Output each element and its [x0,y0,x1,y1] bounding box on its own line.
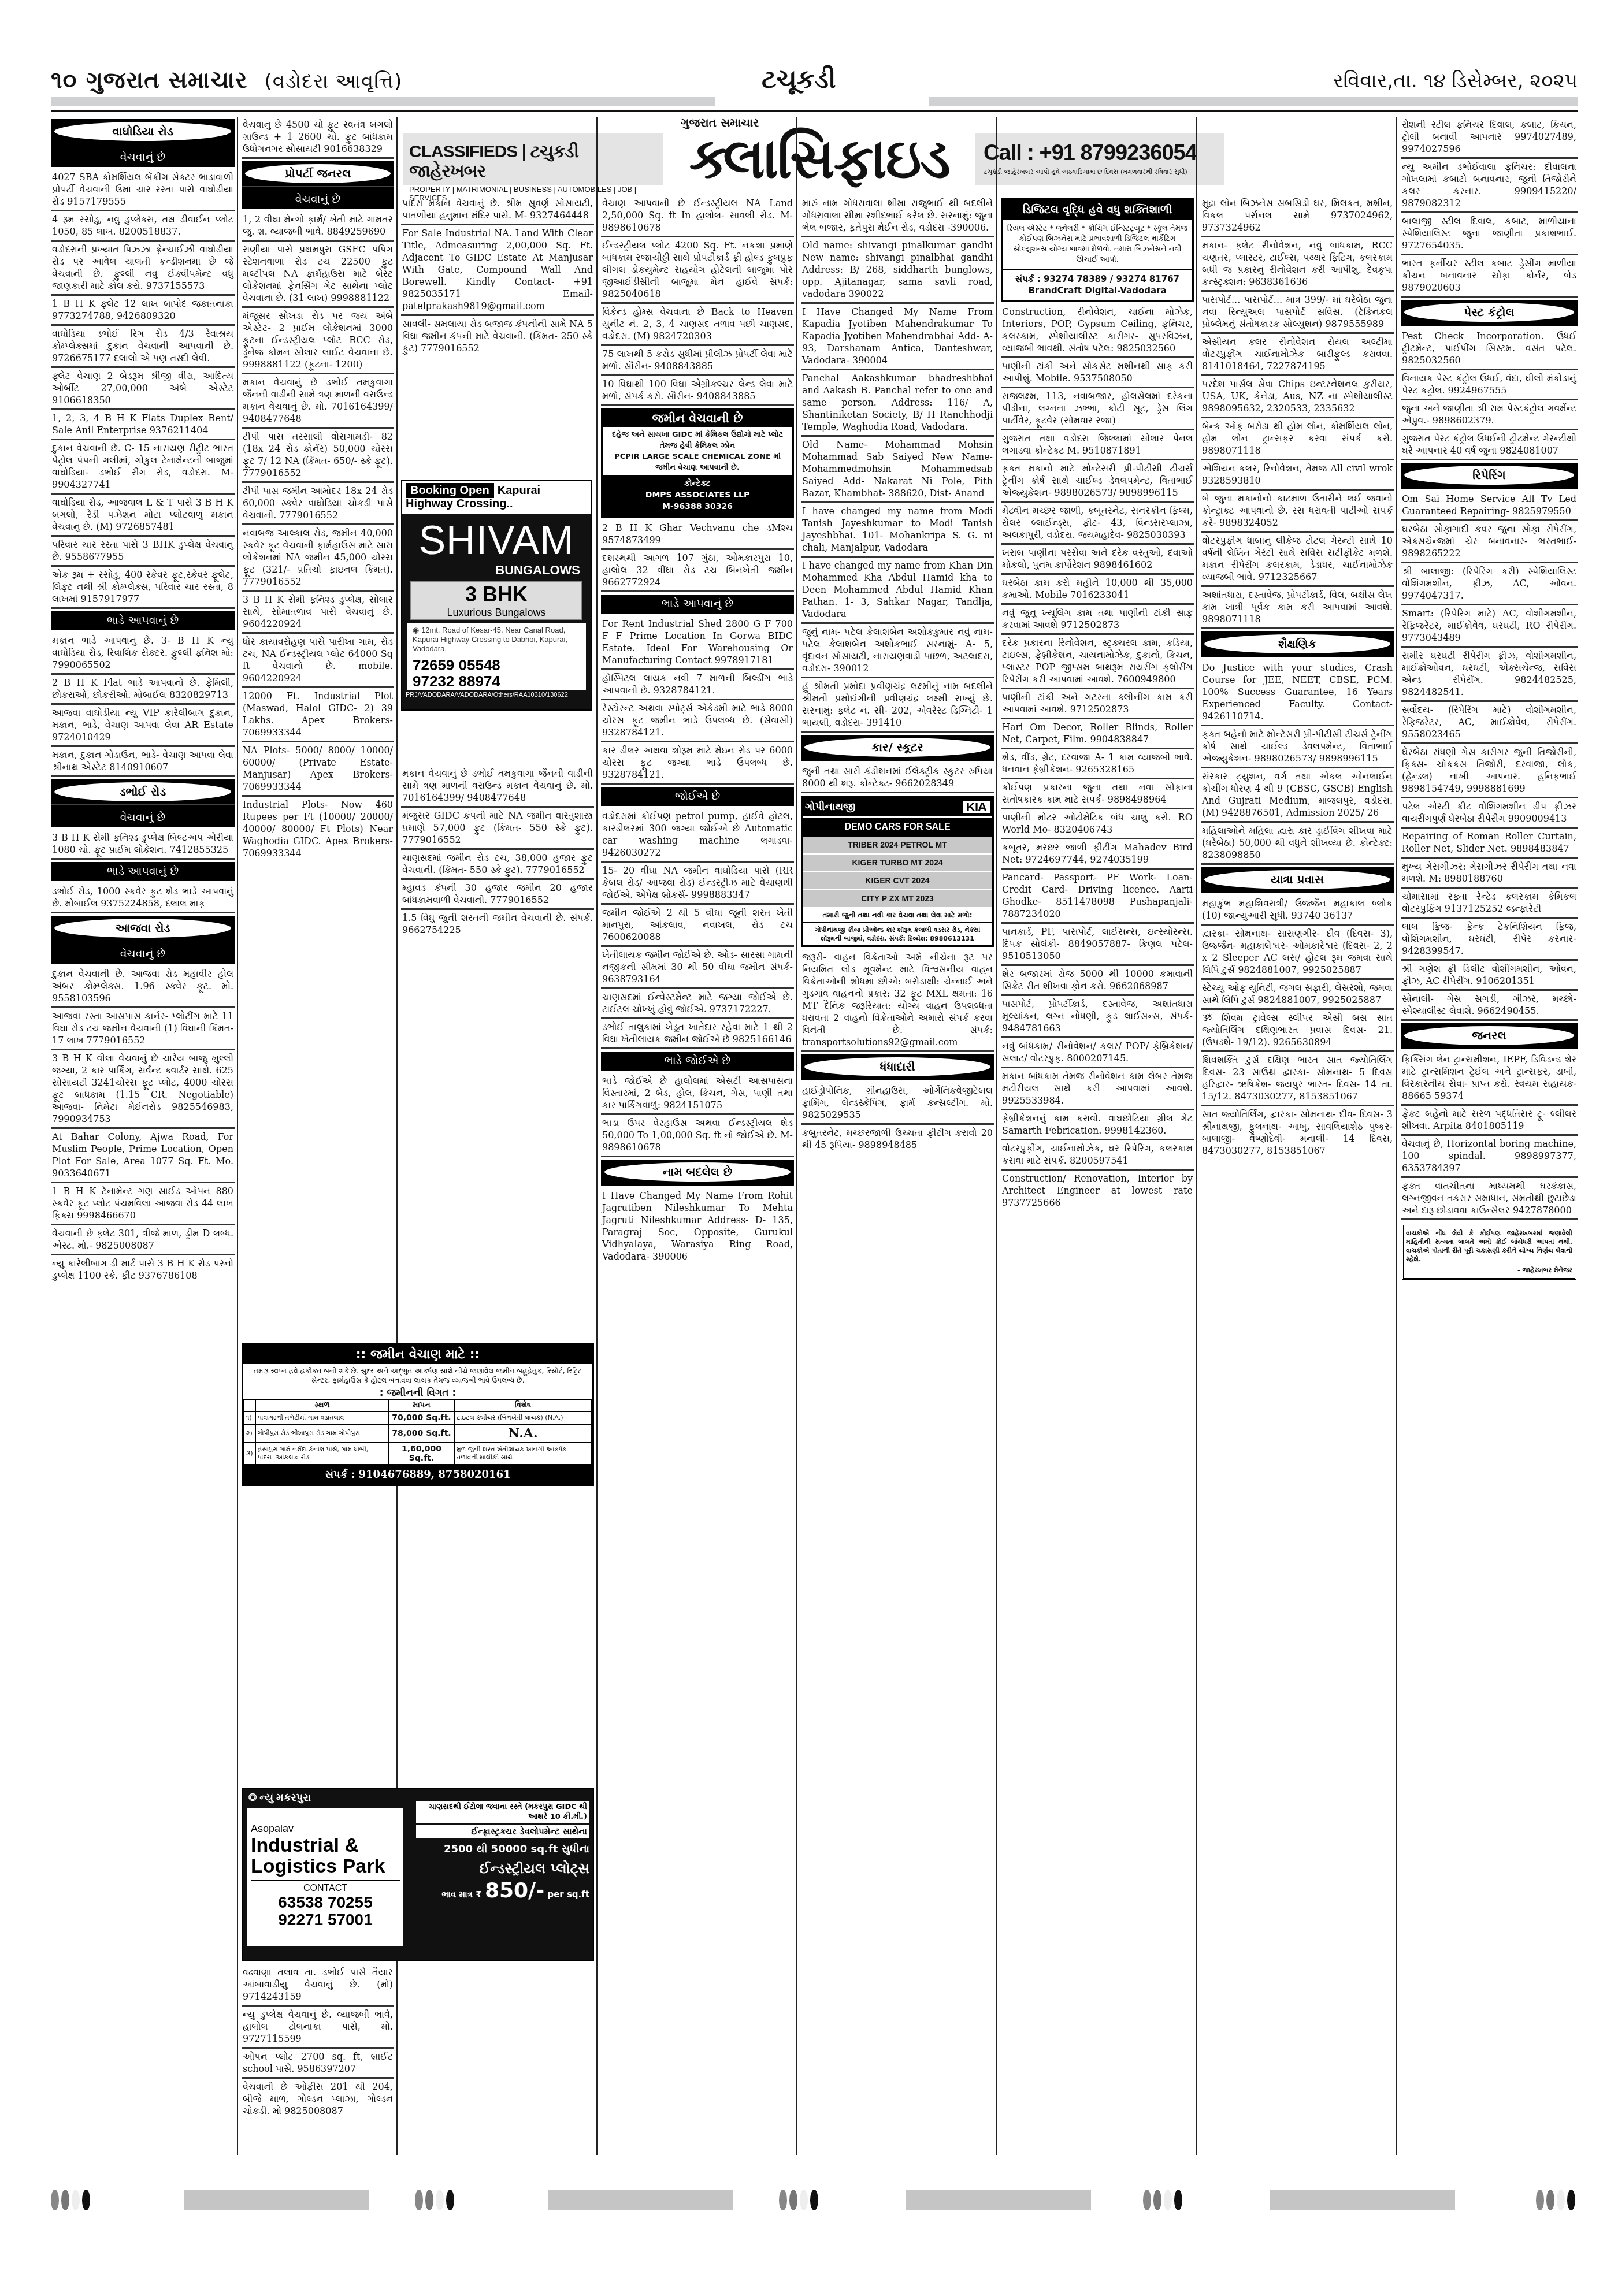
page-header: ૧૦ ગુજરાત સમાચાર (વડોદરા આવૃત્તિ) ટચૂકડી… [51,64,1578,110]
column-divider [796,117,797,2155]
masthead-right-box: Call : +91 8799236054 ટચુકડી જાહેરખબર આપ… [975,133,1224,185]
asopalav-phone-1[interactable]: 63538 70255 [251,1894,400,1911]
classified-ad: ગુજરાત તથા વડોદરા જિલ્લામાં સોલાર પેનલ લ… [1001,430,1194,460]
classified-ad: ખરાબ પાણીના પરસેવા અને દરેક વસ્તુઓ, દવાઓ… [1001,545,1194,575]
classified-ad: At Bahar Colony, Ajwa Road, For Muslim P… [51,1129,235,1183]
classified-ad: ધોર કાયાવરોહણ પાસે પારીખા ગામ, રોડ ટચ, N… [242,634,394,688]
classified-ad: સાવલી- સમલાયા રોડ બજાજ કંપનીની સામે NA 5… [401,316,594,356]
classified-ad: ચાણસદમાં ઈન્વેસ્ટમેન્ટ માટે જગ્યા જોઈએ છ… [601,989,794,1019]
classified-ad: મકાન- ફ્લેટ રીનોવેશન, નવું બાંધકામ, RCC … [1201,237,1394,292]
classified-ad: જુના અને જાણીતા શ્રી રામ પેસ્ટકંટ્રોલ ગવ… [1401,400,1578,430]
shivam-ad-header: Booking OpenKapurai Highway Crossing.. [402,481,591,514]
kia-car-model: CITY P ZX MT 2023 [803,890,992,908]
classified-ad: I have changed my name from Modi Tanish … [801,503,994,558]
column-2: વેચવાનુ છે 4500 ચો ફુટ સ્વતંત્ર બંગલો ગ્… [242,117,394,1935]
classified-ad: મ્હાવડ કંપની 30 હજાર જમીન 20 હજાર બાંધકા… [401,880,594,910]
classified-ad: પટેલ એસ્ટી ક્રીટ વોશિંગમશીન ડીપ ફ્રીઝર વ… [1401,798,1578,829]
classified-ad: ઈન્ડસ્ટ્રીયલ પ્લોટ 4200 Sq. Ft. નકશા પ્ર… [601,237,794,304]
section-subtitle: વેચવાનું છે [242,186,394,209]
section-header: ડભોઈ રોડવેચવાનું છે [51,779,235,827]
classified-ad: ન્યુ ડુપ્લેક્ષ વેચવાનું છે. વ્યાજબી ભાવે… [242,2007,394,2049]
classified-ad: મુદ્રા લોન બિઝનેસ સબસિડી ઘર, મિલકત, મશીન… [1201,195,1394,237]
section-title: ધંધાદારી [804,1057,990,1076]
dmps-phone[interactable]: M-96388 30326 [603,501,792,512]
row-note: ટાઇટલ ક્લીયર (બિનખેતી લાયક) (N.A.) [454,1411,592,1424]
classified-ad: ખેતીલાયક જમીન જોઈએ છે. ઓડ- સારસા ગામની ન… [601,947,794,989]
classified-ad: મારું નામ ગોધરાવાલા શીમા રાજુભાઈ થી બદલી… [801,195,994,237]
asopalav-price: ભાવ માત્ર ₹ 850/- per sq.ft [416,1879,589,1903]
column-5: મારું નામ ગોધરાવાલા શીમા રાજુભાઈ થી બદલી… [801,195,994,2155]
classified-ad: વેચવાની છે ઓફીસ 201 થી 204, બીજે માળ, ગો… [242,2079,394,2119]
classified-ad: ટીપી પાસ તરસાલી વોરાગામડી- 82 (18x 24 રો… [242,429,394,483]
kia-message: તમારી જુની તથા નવી કાર વેચવા તથા લેવા મા… [803,908,992,923]
classified-ad: એશિયન કલર, રિનોવેશન, તેમજ All civil wrok… [1201,460,1394,491]
classified-ad: મેટ્વીન મચ્છર જાળી, કબૂતરનેટ, સનસ્ક્રીન … [1001,503,1194,545]
location-pin-icon: ◉ [413,626,421,634]
classified-ad: 10 વિઘાથી 100 વિઘા એગ્રીકલ્ચર લેન્ડ લેવા… [601,376,794,406]
table-row: ૧) પાવાગઢની તળેટીમાં ગામ વડાતલાવ 70,000 … [244,1411,592,1424]
classified-ad: વઢવાણા તલાવ તા. ડભોઈ પાસે તૈયાર આંબાવાડી… [242,1964,394,2007]
classified-ad: મકાન બાંધકામ તેમજ રીનોવેશન કામ લેબર તેમજ… [1001,1068,1194,1110]
section-header: વાઘોડિયા રોડવેચવાનું છે [51,119,235,167]
column-divider [237,117,238,2155]
classified-ad: Repairing of Roman Roller Curtain, Rolle… [1401,829,1578,859]
asopalav-location: ◎ ન્યુ મકરપુરા [243,1789,317,1806]
classifieds-logo: ગુજરાત સમાચાર ક્લાસિફાઇડ [669,116,970,191]
asopalav-location-text: ન્યુ મકરપુરા [259,1792,311,1803]
classified-ad: શેર બજારમાં રોજ 5000 થી 10000 કમાવાની સિ… [1001,966,1194,996]
classified-ad: સંસ્કાર ટ્યુશન, વર્ગ તથા એકલ ઓનલાઈન કોચી… [1201,768,1394,823]
classified-ad: ફેબ્રીકેશનનું કામ કરાવો. વાઘછોટિયા ગ્રીલ… [1001,1110,1194,1140]
classified-ad: બેન્ક ઓફ બરોડા થી હોમ લોન, કોમર્શિયલ લોન… [1201,418,1394,460]
dmps-footer: કોન્ટેક્ટ DMPS ASSOCIATES LLP M-96388 30… [603,475,792,516]
table-row: ૨) ગોપીપુરા રોડ ભીખાપુરા રોડ ગામ ગોપીપુર… [244,1424,592,1443]
classified-ad: ઘેરબેઠા રાંધણી ગેસ કારીગર જુની તિજોરીની,… [1401,744,1578,798]
classified-ad: 1 B H K ફ્લેટ 12 લાખ બાપોદ જકાતનાકા 9773… [51,296,235,326]
shivam-address: ◉ 12mt, Road of Kesar-45, Near Canal Roa… [407,623,586,656]
header-rule [51,110,1578,112]
subsection-header: જોઈએ છે [601,787,794,806]
classified-ad: એસીયન કલર રીનોવેશન રોયલ અલ્ટીમા વોટરપ્રુ… [1201,334,1394,376]
subsection-header: ભાડે જોઈએ છે [601,1052,794,1071]
classified-ad: ભારત ફર્નીચર સ્ટીલ કબાટ ડ્રેસીંગ માળીયા … [1401,255,1578,298]
kia-car-model: KIGER TURBO MT 2024 [803,855,992,872]
shivam-ref-code: PRJ/VADODARA/VADODARA/Others/RAA10310/13… [402,690,591,700]
classified-ad: શ્રી ગણેશ ફ્રી ડિલીટ વોશીંગમશીન, ઓવન, ફ્… [1401,961,1578,991]
classified-ad: વાઘોડિયા ડભોઈ રિંગ રોડ 4/3 રેવાશ્રય કોમ્… [51,326,235,368]
header-strip-left [51,97,715,106]
registration-mark [1143,2190,1182,2210]
subsection-header: ભાડે આપવાનું છે [51,862,235,881]
classified-ad: વડોદરાની પ્રખ્યાત પિઝ્ઝા ફ્રેન્ચાઈઝી વાઘ… [51,242,235,296]
digital-marketing-ad: ડિજિટલ વૃદ્ધિ હવે વધુ શક્તિશાળી રિયલ એસ્… [1001,198,1194,302]
asopalav-route: ચાણસદથી ઈટોલા જવાના રસ્તે (મકરપુરા GIDC … [416,1801,589,1823]
classified-ad: સાત જ્યોતિર્લિંગ, દ્વારકા- સોમનાથ- દીવ- … [1201,1106,1394,1159]
classified-ad: મહાકુંભ મહાશિવરાત્રી/ ઉજ્જૈન મહાકાલ બ્લો… [1201,896,1394,926]
column-divider [596,117,598,2155]
subsection-header: ભાડે આપવાનું છે [51,611,235,630]
subsection-header: ભાડે આપવાનું છે [601,595,794,614]
gopinathji-kia-ad: ગોપીનાથજીKIA DEMO CARS FOR SALETRIBER 20… [801,796,994,947]
kia-header: ગોપીનાથજીKIA [803,797,992,816]
kia-car-model: TRIBER 2024 PETROL MT [803,837,992,855]
asopalav-size: 2500 થી 50000 sq.ft સુધીના [416,1843,589,1856]
table-row: ૩) હંસાપુરા ગામે નર્મદા કેનાલ પાસે, ગામ … [244,1443,592,1465]
classified-ad: જમીન જોઈએ 2 થી 5 વીઘા જૂની શરત ખેતી માનપ… [601,905,794,947]
edition-label: (વડોદરા આવૃત્તિ) [264,70,402,93]
kia-car-model: KIGER CVT 2024 [803,872,992,890]
section-header: નામ બદલેલ છે [601,1160,794,1186]
column-7: મુદ્રા લોન બિઝનેસ સબસિડી ઘર, મિલકત, મશીન… [1201,195,1394,2155]
classified-ad: બે જુના મકાનોનો કાટમાળ ઉતારીને લઈ જવાનો … [1201,491,1394,533]
section-header: રિપેરિંગ [1401,463,1578,489]
notice-text: વાચકોએ નોંધ લેવી કે કોઈપણ જાહેરખબરમાં જણ… [1406,1229,1572,1264]
shivam-bungalows-ad: Booking OpenKapurai Highway Crossing.. S… [401,480,592,711]
classified-ad: કબુતરનેટ, મચ્છરજાળી ઉચ્ચતા ફીટીંગ કરાવો … [801,1125,994,1153]
classified-ad: મકાન વેચવાનું છે ડભોઈ તમકુવાગા જૈનની વાડ… [401,766,594,808]
classified-ad: 1, 2 વીઘા મેન્ગો ફાર્મ/ ખેતી માટે ગામતર … [242,211,394,242]
color-bar [184,2190,369,2210]
classified-ad: ઓપન પ્લોટ 2700 sq. ft, બ્રાઈટ school પાસ… [242,2049,394,2079]
classified-ad: ફક્ત વાતચીતના માધ્યમથી ઘરકંકાસ, લગ્નજીવન… [1401,1178,1578,1220]
classified-ad: વેચવાની છે ફ્લેટ 301, ત્રીજે માળ, ડ્રીમ … [51,1225,235,1255]
dmps-body: દહેજ અને સાયખા GIDC માં કેમિકલ ઉદ્યોગો મ… [603,427,792,475]
classified-ad: ભાડે જોઈએ છે હાલોલમાં એસટી આસપાસના વિસ્ત… [601,1073,794,1115]
asopalav-phones: 63538 70255 92271 57001 [251,1894,400,1929]
section-title: કાર/ સ્કૂટર [804,738,990,757]
section-header: પ્રોપર્ટી જનરલવેચવાનું છે [242,161,394,209]
color-bar [548,2190,733,2210]
classified-ad: જુનું નામ- પટેલ કેલાશબેન અશોકકુમાર નવું … [801,624,994,678]
classified-ad: ૐ શિવમ ટ્રાવેલ્સ સ્લીપર એસી બસ સાત જ્યોત… [1201,1010,1394,1052]
digital-contact[interactable]: સંપર્ક : 93274 78389 / 93274 81767 Brand… [1003,270,1192,300]
shivam-tagline: Luxurious Bungalows [411,607,581,619]
price-unit: per sq.ft [547,1889,589,1900]
classified-ad: For Rent Industrial Shed 2800 G F 700 F … [601,616,794,670]
classified-ad: વાઘોડિયા રોડ, આજવાલ L & T પાસે 3 B H K બ… [51,495,235,537]
shivam-bhk: 3 BHK [411,582,581,607]
section-header: યાત્રા પ્રવાસ [1201,867,1394,893]
classified-ad: ડભોઈ તાલુકામાં ખેડૂત ખાતેદાર રહેવા માટે … [601,1019,794,1049]
classified-ad: 2 B H K Flat ભાડે આપવાનો છે. ફેમિલી, છોક… [51,675,235,705]
section-subtitle: વેચવાનું છે [51,804,235,827]
color-bar [1270,2190,1455,2210]
classified-ad: વેચાણ આપવાની છે ઈન્ડસ્ટ્રીયલ NA Land 2,5… [601,195,794,237]
classified-ad: સ્ટેચ્યું ઓફ યુનિટી, જંગલ સફારી, લેસરશો,… [1201,980,1394,1010]
section-title: જનરલ [1404,1026,1574,1045]
section-header: આજવા રોડવેચવાનું છે [51,916,235,964]
section-title: પેસ્ટ કંટ્રોલ [1404,303,1574,322]
print-registration-marks [51,2190,1578,2213]
land-table-headline: :: જમીન વેચાણ માટે :: [243,1345,592,1364]
asopalav-industrial-park-ad: ◎ ન્યુ મકરપુરા Asopalav Industrial & Log… [242,1788,594,1961]
classified-ad: દશરથથી આગળ 107 ગુંઠા, ઓમકારપુરા 10, હાલો… [601,550,794,592]
classified-ad: 75 લાખથી 5 કરોડ સુધીમાં પ્રીલીઝ પ્રોપર્ટ… [601,346,794,376]
classified-ad: નવું જુનુ ખ્યૂલિંગ કામ તથા પાણીની ટાંકી … [1001,605,1194,635]
header-strip-right [929,97,1578,106]
call-number[interactable]: Call : +91 8799236054 [984,141,1216,166]
classified-ad: ન્યુ અમીન ડભોઈવાલા ફર્નિચર: દીવાલના ગોખલ… [1401,159,1578,213]
classified-ad: I have changed my name from Khan Din Moh… [801,558,994,624]
classified-ad: શિવશક્તિ ટુર્સ દક્ષિણ ભારત સાત જ્યોતિર્લ… [1201,1052,1394,1106]
classified-ad: Panchal Aakashkumar bhadreshbhai and Aak… [801,370,994,437]
classified-ad: ટીપી પાસ જમીન આમોદર 18x 24 રોડ 60,000 સ્… [242,483,394,525]
classified-ad: મંજુસર GIDC કંપની માટે NA જમીન વાસ્તુશાસ… [401,808,594,850]
classified-ad: કોઈપણ પ્રકારના જુના તથા નવા સોફાના સંતોષ… [1001,779,1194,809]
classified-ad: રાણીયા પાસે પ્રથમપુરા GSFC પંપિંગ સ્ટેશન… [242,242,394,308]
classified-ad: ન્યુ કારેલીબાગ ડી માર્ટ પાસે 3 B H K રોડ… [51,1255,235,1284]
section-title: રિપેરિંગ [1404,466,1574,485]
column-2-bottom: વઢવાણા તલાવ તા. ડભોઈ પાસે તૈયાર આંબાવાડી… [242,1964,394,2155]
classified-ad: વોટરપ્રુફીંગ ધાબાનું લીકેજ ટોટલ ગેરન્ટી … [1201,533,1394,587]
land-table-subtitle: : જમીનની વિગત : [243,1387,592,1399]
classified-ad: પાસપોર્ટ... પાસપોર્ટ... માત્ર 399/- માં … [1201,292,1394,334]
classified-ad: Industrial Plots- Now 460 Rupees per Ft … [242,797,394,861]
kia-brand: ગોપીનાથજી [805,801,855,813]
classified-ad: પાણીની ટાંકી અને સોકસેટ મશીનથી સાફ કરી આ… [1001,358,1194,388]
classified-ad: અશાંતધારા, દસ્તાવેજ, પ્રોપર્ટીકાર્ડ, વિલ… [1201,587,1394,629]
classified-ad: નવાબજ આલ્કાલ રોડ, જમીન 40,000 સ્કવેર ફૂટ… [242,525,394,592]
section-header: જનરલ [1401,1023,1578,1049]
section-title: યાત્રા પ્રવાસ [1204,870,1390,889]
section-title: પ્રોપર્ટી જનરલ [245,164,391,183]
classified-ad: ગુજરાત પેસ્ટ કંટ્રોલ ઉધઈની ટ્રીટમેન્ટ ગે… [1401,430,1578,460]
dmps-body-3: જમીન વેચાણ આપવાની છે. [604,462,791,473]
classified-ad: Old name: shivangi pinalkumar gandhi New… [801,237,994,304]
section-subtitle: વેચવાનું છે [51,144,235,167]
classified-ad: બાલાજી સ્ટીલ દિવાલ, કબાટ, માળીયાના સ્પેશ… [1401,213,1578,255]
registration-mark [779,2190,818,2210]
row-place: હંસાપુરા ગામે નર્મદા કેનાલ પાસે, ગામ ધાબ… [255,1443,389,1465]
classified-ad: 12000 Ft. Industrial Plot (Maswad, Halol… [242,688,394,742]
disclaimer-notice: વાચકોએ નોંધ લેવી કે કોઈપણ જાહેરખબરમાં જણ… [1402,1224,1576,1280]
asopalav-left-panel: Asopalav Industrial & Logistics Park CON… [247,1808,403,1946]
column-divider [1396,117,1397,2155]
table-header-row: સ્થળ માપન વિશેષ [244,1399,592,1411]
classified-ad: Do Justice with your studies, Crash Cour… [1201,660,1394,726]
row-size: 78,000 Sq.ft. [389,1424,454,1443]
shivam-name: SHIVAM [402,518,591,563]
kia-banner: DEMO CARS FOR SALE [803,816,992,837]
asopalav-brand: Asopalav [251,1823,400,1835]
classified-ad: કબૂતર, મરછર જાળી ફીટીંગ Mahadev Bird Net… [1001,839,1194,870]
section-title: વાઘોડિયા રોડ [54,122,231,141]
classified-ad: મકાન વેચવાનું છે ડભોઈ તમકુવાગા જૈનની વાડ… [242,374,394,429]
classified-ad: દુકાન વેચવાની છે. C- 15 નારાયણ રીટ્રીટ ભ… [51,440,235,495]
classified-ad: I Have Changed My Name From Kapadia Jyot… [801,304,994,370]
dmps-company: DMPS ASSOCIATES LLP [603,489,792,501]
classified-ad: પાણીની ટાંકી અને ગટરના ક્લીનીંગ કામ કરી … [1001,689,1194,719]
section-title: ડભોઈ રોડ [54,782,231,801]
classified-ad: હાઈડ્રોપોનિક, ગ્રીનહાઉસ, ઓર્ગેનિકવેજીટેબ… [801,1083,994,1125]
kia-logo: KIA [963,801,990,813]
registration-mark [1536,2190,1575,2210]
column-4: વેચાણ આપવાની છે ઈન્ડસ્ટ્રીયલ NA Land 2,5… [601,195,794,2155]
classified-ad: હું શ્રીમતી પ્રમોદા પ્રવીણચંદ્ર લક્ષ્મીન… [801,678,994,733]
classified-ad: વિકેન્ડ હોમ્સ વેચવાના છે Back to Heaven … [601,304,794,346]
section-header: શૈક્ષણિક [1201,631,1394,657]
classifieds-masthead: CLASSIFIEDS | ટચુકડી જાહેરખબર PROPERTY |… [403,116,1224,191]
shivam-phones: 72659 05548 97232 88974 [407,656,586,690]
asopalav-phone-2[interactable]: 92271 57001 [251,1911,400,1929]
classified-ad: મહિલાઓને મહિલા દ્વારા કાર ડ્રાઈવિંગ શીખવ… [1201,823,1394,865]
classified-ad: પાણીની મોટર ઓટોમેટિક બંધ ચાલુ કરો. RO Wo… [1001,809,1194,839]
column-6: ડિજિટલ વૃદ્ધિ હવે વધુ શક્તિશાળી રિયલ એસ્… [1001,195,1194,2155]
section-title: શૈક્ષણિક [1204,634,1390,653]
color-bar [906,2190,1091,2210]
col-header-no [244,1399,255,1411]
column-3-mid: મકાન વેચવાનું છે ડભોઈ તમકુવાગા જૈનની વાડ… [401,766,594,1332]
kia-address: ગોપીનાથજી કીયા પ્રીઑન્ડ કાર શૉરૂમ કલાલી … [803,923,992,945]
classified-ad: વેચવાનુ છે 4500 ચો ફુટ સ્વતંત્ર બંગલો ગ્… [242,117,394,159]
section-header: ધંધાદારી [801,1054,994,1080]
classified-ad: પરિવાર ચાર રસ્તા પાસે 3 BHK ડુપ્લેક્ષ વે… [51,537,235,567]
column-divider [1196,117,1197,2155]
newspaper-page: ૧૦ ગુજરાત સમાચાર (વડોદરા આવૃત્તિ) ટચૂકડી… [51,64,1578,2178]
land-table-intro: તમારૂ સ્વપ્ન હવે હકીકત બની શકે છે. સુંદર… [243,1364,592,1387]
row-note: N.A. [454,1424,592,1443]
digital-body: રિયલ એસ્ટેટ * જ્વેલરી * કોચિંગ ઈન્સ્ટિટ્… [1003,220,1192,270]
shivam-phone-1[interactable]: 72659 05548 [413,657,580,673]
land-details-table: સ્થળ માપન વિશેષ ૧) પાવાગઢની તળેટીમાં ગામ… [243,1399,592,1465]
classified-ad: Pest Check Incorporation. ઉધઈ ટ્રીટમેન્ટ… [1401,328,1578,370]
classified-ad: રાજલક્ષ્મ, 113, નવાબજાર, હોલસેલમાં દરેકન… [1001,388,1194,430]
classified-ad: લાલ ફ્રિજ- ફ્રેન્ક ટેકનિશિયન ફ્રિજ, વોશિ… [1401,919,1578,961]
shivam-bhk-box: 3 BHK Luxurious Bungalows [410,581,582,620]
classified-ad: Pancard- Passport- PF Work- Loan- Credit… [1001,870,1194,924]
section-subtitle: વેચવાનું છે [51,941,235,964]
registration-mark [415,2190,454,2210]
classified-ad: ફ્રેકટ બહેનો માટે સરળ પદ્ધતિસર ટ્રૂ- બ્લ… [1401,1106,1578,1136]
row-no: ૧) [244,1411,255,1424]
classified-ad: સોનાલી- ગેસ સગડી, ગીઝર, મચ્છો- સ્પેશ્યાલ… [1401,991,1578,1021]
row-note: મુળ જુની શરત ખેતીલાયક ખાનગી આકર્ષક તળાવન… [454,1443,592,1465]
classified-ad: NA Plots- 5000/ 8000/ 10000/ 60000/ (Pri… [242,742,394,797]
dmps-contact-label: કોન્ટેક્ટ [603,478,792,489]
row-place: પાવાગઢની તળેટીમાં ગામ વડાતલાવ [255,1411,389,1424]
asopalav-title: Industrial & Logistics Park [251,1835,400,1877]
column-1: વાઘોડિયા રોડવેચવાનું છે4027 SBA કોમર્શિય… [51,117,235,2155]
price-label: ભાવ માત્ર ₹ [441,1889,481,1900]
masthead-title: CLASSIFIEDS | ટચુકડી જાહેરખબર [409,142,658,181]
column-divider [996,117,997,2155]
classified-ad: For Sale Industrial NA. Land With Clear … [401,225,594,316]
land-table-contact[interactable]: સંપર્ક : 9104676889, 8758020161 [243,1465,592,1484]
asopalav-infra: ઈન્ફ્રાસ્ટ્રક્ચર ડેવલોપમેન્ટ સાથેના [416,1825,589,1838]
classified-ad: રોશની સ્ટીલ ફર્નિચર દિવાલ, કબાટ, કિચન, ટ… [1401,117,1578,159]
call-note: ટચુકડી જાહેરખબર આપો હવે અઠવાડિયામાં છ દિ… [984,168,1216,176]
classified-ad: મંજુસર સોખડા રોડ પર જય અંબે એસ્ટેટ- 2 પ્… [242,308,394,374]
classified-ad: દરેક પ્રકારના રિનોવેશન, સ્ટ્રક્ચરલ કામ, … [1001,635,1194,689]
classified-ad: 1 B H K ટેનામેન્ટ ગણ સાઈડ ઓપન 880 સ્કવેર… [51,1183,235,1225]
classified-ad: 3 B H K સેમી ફર્નિશ્ડ ડુપ્લેક્ષ, સોલાર સ… [242,592,394,634]
notice-signature: - જાહેરખબર મેનેજર [1406,1266,1572,1275]
page-number: ૧૦ [51,67,77,94]
classified-ad: 1, 2, 3, 4 B H K Flats Duplex Rent/ Sale… [51,410,235,440]
classified-ad: વિનાયક પેસ્ટ કંટ્રોલ ઉધઈ, વંદા, ઘીલી મંક… [1401,370,1578,400]
section-title: આજવા રોડ [54,919,231,938]
classified-ad: એક રૂમ + રસોડું, 400 સ્કેવર ફૂટ,સ્કેવર ફ… [51,567,235,609]
row-no: ૩) [244,1443,255,1465]
classified-ad: વોટરપ્રુફીંગ, ચાઈનામોઝેક, ઘર રિપેરિંગ, ક… [1001,1140,1194,1171]
classified-ad: શેડ, વીંડ, ગ્રેટ, દરવાજા A- 1 કામ વ્યાજબ… [1001,749,1194,779]
asopalav-plots: ઈન્ડસ્ટ્રીયલ પ્લોટ્સ [416,1860,589,1877]
classified-ad: Hari Om Decor, Roller Blinds, Roller Net… [1001,719,1194,749]
dmps-body-1: દહેજ અને સાયખા GIDC માં કેમિકલ ઉદ્યોગો મ… [604,429,791,451]
classified-ad: પાસપોર્ટ, પ્રોપર્ટીકાર્ડ, દસ્તાવેજ, અશાં… [1001,996,1194,1038]
classified-ad: આજવા રસ્તા આસપાસ કાર્નર- પ્લોટીંગ માટે 1… [51,1008,235,1050]
classified-ad: Construction, રીનોવેશન, ચાઈના મોઝેક, Int… [1001,304,1194,358]
classified-ad: 3 B H K સેમી ફર્નિશ્ડ ડુપ્લેક્ષ બિલ્ટઅપ … [51,830,235,860]
classified-ad: આજવા વાઘોડીયા ન્યુ VIP કારેલીબાગ દુકાન, … [51,705,235,747]
masthead-left-box: CLASSIFIEDS | ટચુકડી જાહેરખબર PROPERTY |… [403,133,663,185]
classified-ad: 2 B H K Ghar Vechvanu che ડMશ્ચ 95748734… [601,520,794,550]
classified-ad: 4 રૂમ રસોડુ, નવુ ડુપ્લેક્સ, તક્ષ ડીવાઈન … [51,211,235,242]
section-header: પેસ્ટ કંટ્રોલ [1401,300,1578,326]
classified-ad: Old Name- Mohammad Mohsin Mohammad Sab S… [801,437,994,503]
dmps-body-2: PCPIR LARGE SCALE CHEMICAL ZONE માં [604,451,791,462]
classified-ad: 4027 SBA કોમર્શિયલ બેંકીંગ સેક્ટર ભાડાવા… [51,169,235,211]
column-8: રોશની સ્ટીલ ફર્નિચર દિવાલ, કબાટ, કિચન, ટ… [1401,117,1578,2155]
logo-big-text: ક્લાસિફાઇડ [669,129,970,187]
dmps-land-ad: જમીન વેચવાની છે દહેજ અને સાયખા GIDC માં … [601,408,794,518]
price-value: 850/- [485,1879,544,1903]
classified-ad: ચોમાસામાં રફ્તા રેન્ટેડ કલરકામ કેમિકલ વો… [1401,889,1578,919]
location-pin-icon: ◎ [248,1792,259,1803]
classified-ad: 15- 20 વીંઘા NA જમીન વાઘોડિયા પાસે (RR ક… [601,863,794,905]
classified-ad: મકાન ભાડે આપવાનું છે. 3- B H K ન્યુ વાઘો… [51,633,235,675]
column-3-top: પાદરા મકાન વેચવાનું છે. શ્રીમ સુવર્ણ સોસ… [401,195,594,526]
classified-ad: કાર ડીલર અથવા શોરૂમ માટે મેઇન રોડ પર 600… [601,742,794,785]
classified-ad: પાનકાર્ડ, PF, પાસપોર્ટ, લાઈસન્સ, ઇન્સ્યો… [1001,924,1194,966]
classified-ad: ફક્ત મકાનો માટે મોન્ટેસરી પ્રી-પીટીસી ટી… [1001,460,1194,503]
classified-ad: Construction/ Renovation, Interior by Ar… [1001,1171,1194,1211]
classified-ad: મુખ્ય ગેસગીઝર: ગેસગીઝર રીપેરીંગ તથા નવા … [1401,859,1578,889]
issue-date: રવિવાર,તા. ૧૪ ડિસેમ્બર, ૨૦૨૫ [1333,69,1578,92]
classified-ad: હોસ્પિટલ લાયક નવી 7 માળની બિલ્ડીંગ ભાડે … [601,670,794,700]
col-header-size: માપન [389,1399,454,1411]
classified-ad: સમીર ઘરઘંટી રીપેરીંગ ફ્રીઝ, વોશીંગમશીન, … [1401,648,1578,702]
shivam-phone-2[interactable]: 97232 88974 [413,673,580,689]
col-header-note: વિશેષ [454,1399,592,1411]
section-title: નામ બદલેલ છે [604,1162,791,1182]
classified-ad: જુની તથા સારી કંડીશનમાં ઈલેક્ટ્રીક સ્કુટ… [801,763,994,793]
classified-ad: I Have Changed My Name From Rohit Jagrut… [601,1188,794,1265]
classified-ad: ફ્લેટ વેચાણ 2 બેડરૂમ શ્રીજી વીરા, આદિત્ય… [51,368,235,410]
asopalav-contact-label: CONTACT [251,1880,400,1894]
classified-ad: ઘરબેઠા કામ કરો મહીને 10,000 થી 35,000 કમ… [1001,575,1194,605]
registration-mark [51,2190,90,2210]
col-header-place: સ્થળ [255,1399,389,1411]
classified-ad: દુકાન વેચવાની છે. આજવા રોડ મહાવીર હોલ અં… [51,966,235,1008]
digital-headline: ડિજિટલ વૃદ્ધિ હવે વધુ શક્તિશાળી [1003,199,1192,220]
classified-ad: મકાન, દુકાન ગોડાઉન, ભાડે- વેચાણ આપવા લેવ… [51,747,235,777]
classified-ad: ફક્ત બહેનો માટે મોન્ટેસરી પ્રી-પીટીસી ટી… [1201,726,1394,768]
classified-ad: વેચવાનું છે, Horizontal boring machine, … [1401,1136,1578,1178]
row-size: 70,000 Sq.ft. [389,1411,454,1424]
classified-ad: Om Sai Home Service All Tv Led Guarantee… [1401,491,1578,521]
classified-ad: નવું બાંધકામ/ રીનોવેશન/ કલર/ POP/ ફેબ્રિ… [1001,1038,1194,1068]
classified-ad: રેસ્ટોરન્ટ અથવા સ્પોર્ટ્સ એકેડમી માટે ભા… [601,700,794,742]
land-sale-table-ad: :: જમીન વેચાણ માટે :: તમારૂ સ્વપ્ન હવે હ… [242,1343,594,1486]
booking-open-badge: Booking Open [406,483,494,498]
classified-ad: ઘરબેઠા સોફાગાદી કવર જુના સોફા રીપેરીંગ, … [1401,521,1578,563]
section-label: ટચૂકડી [762,65,836,94]
classified-ad: પરદેશ પાર્સલ સેવા Chips ઇન્ટરનેશનલ કુરીય… [1201,376,1394,418]
classified-ad: ફિક્સિંગ લેન ટ્રાન્સમીશન, IEPF, ડિવિડન્ડ… [1401,1052,1578,1106]
classified-ad: જરૂરી- વાહન વિક્રેતાઓ અમે નીચેના રૂટ પર … [801,949,994,1052]
classified-ad: ડભોઈ રોડ, 1000 સ્કવેર ફુટ શેડ ભાડે આપવાન… [51,883,235,913]
